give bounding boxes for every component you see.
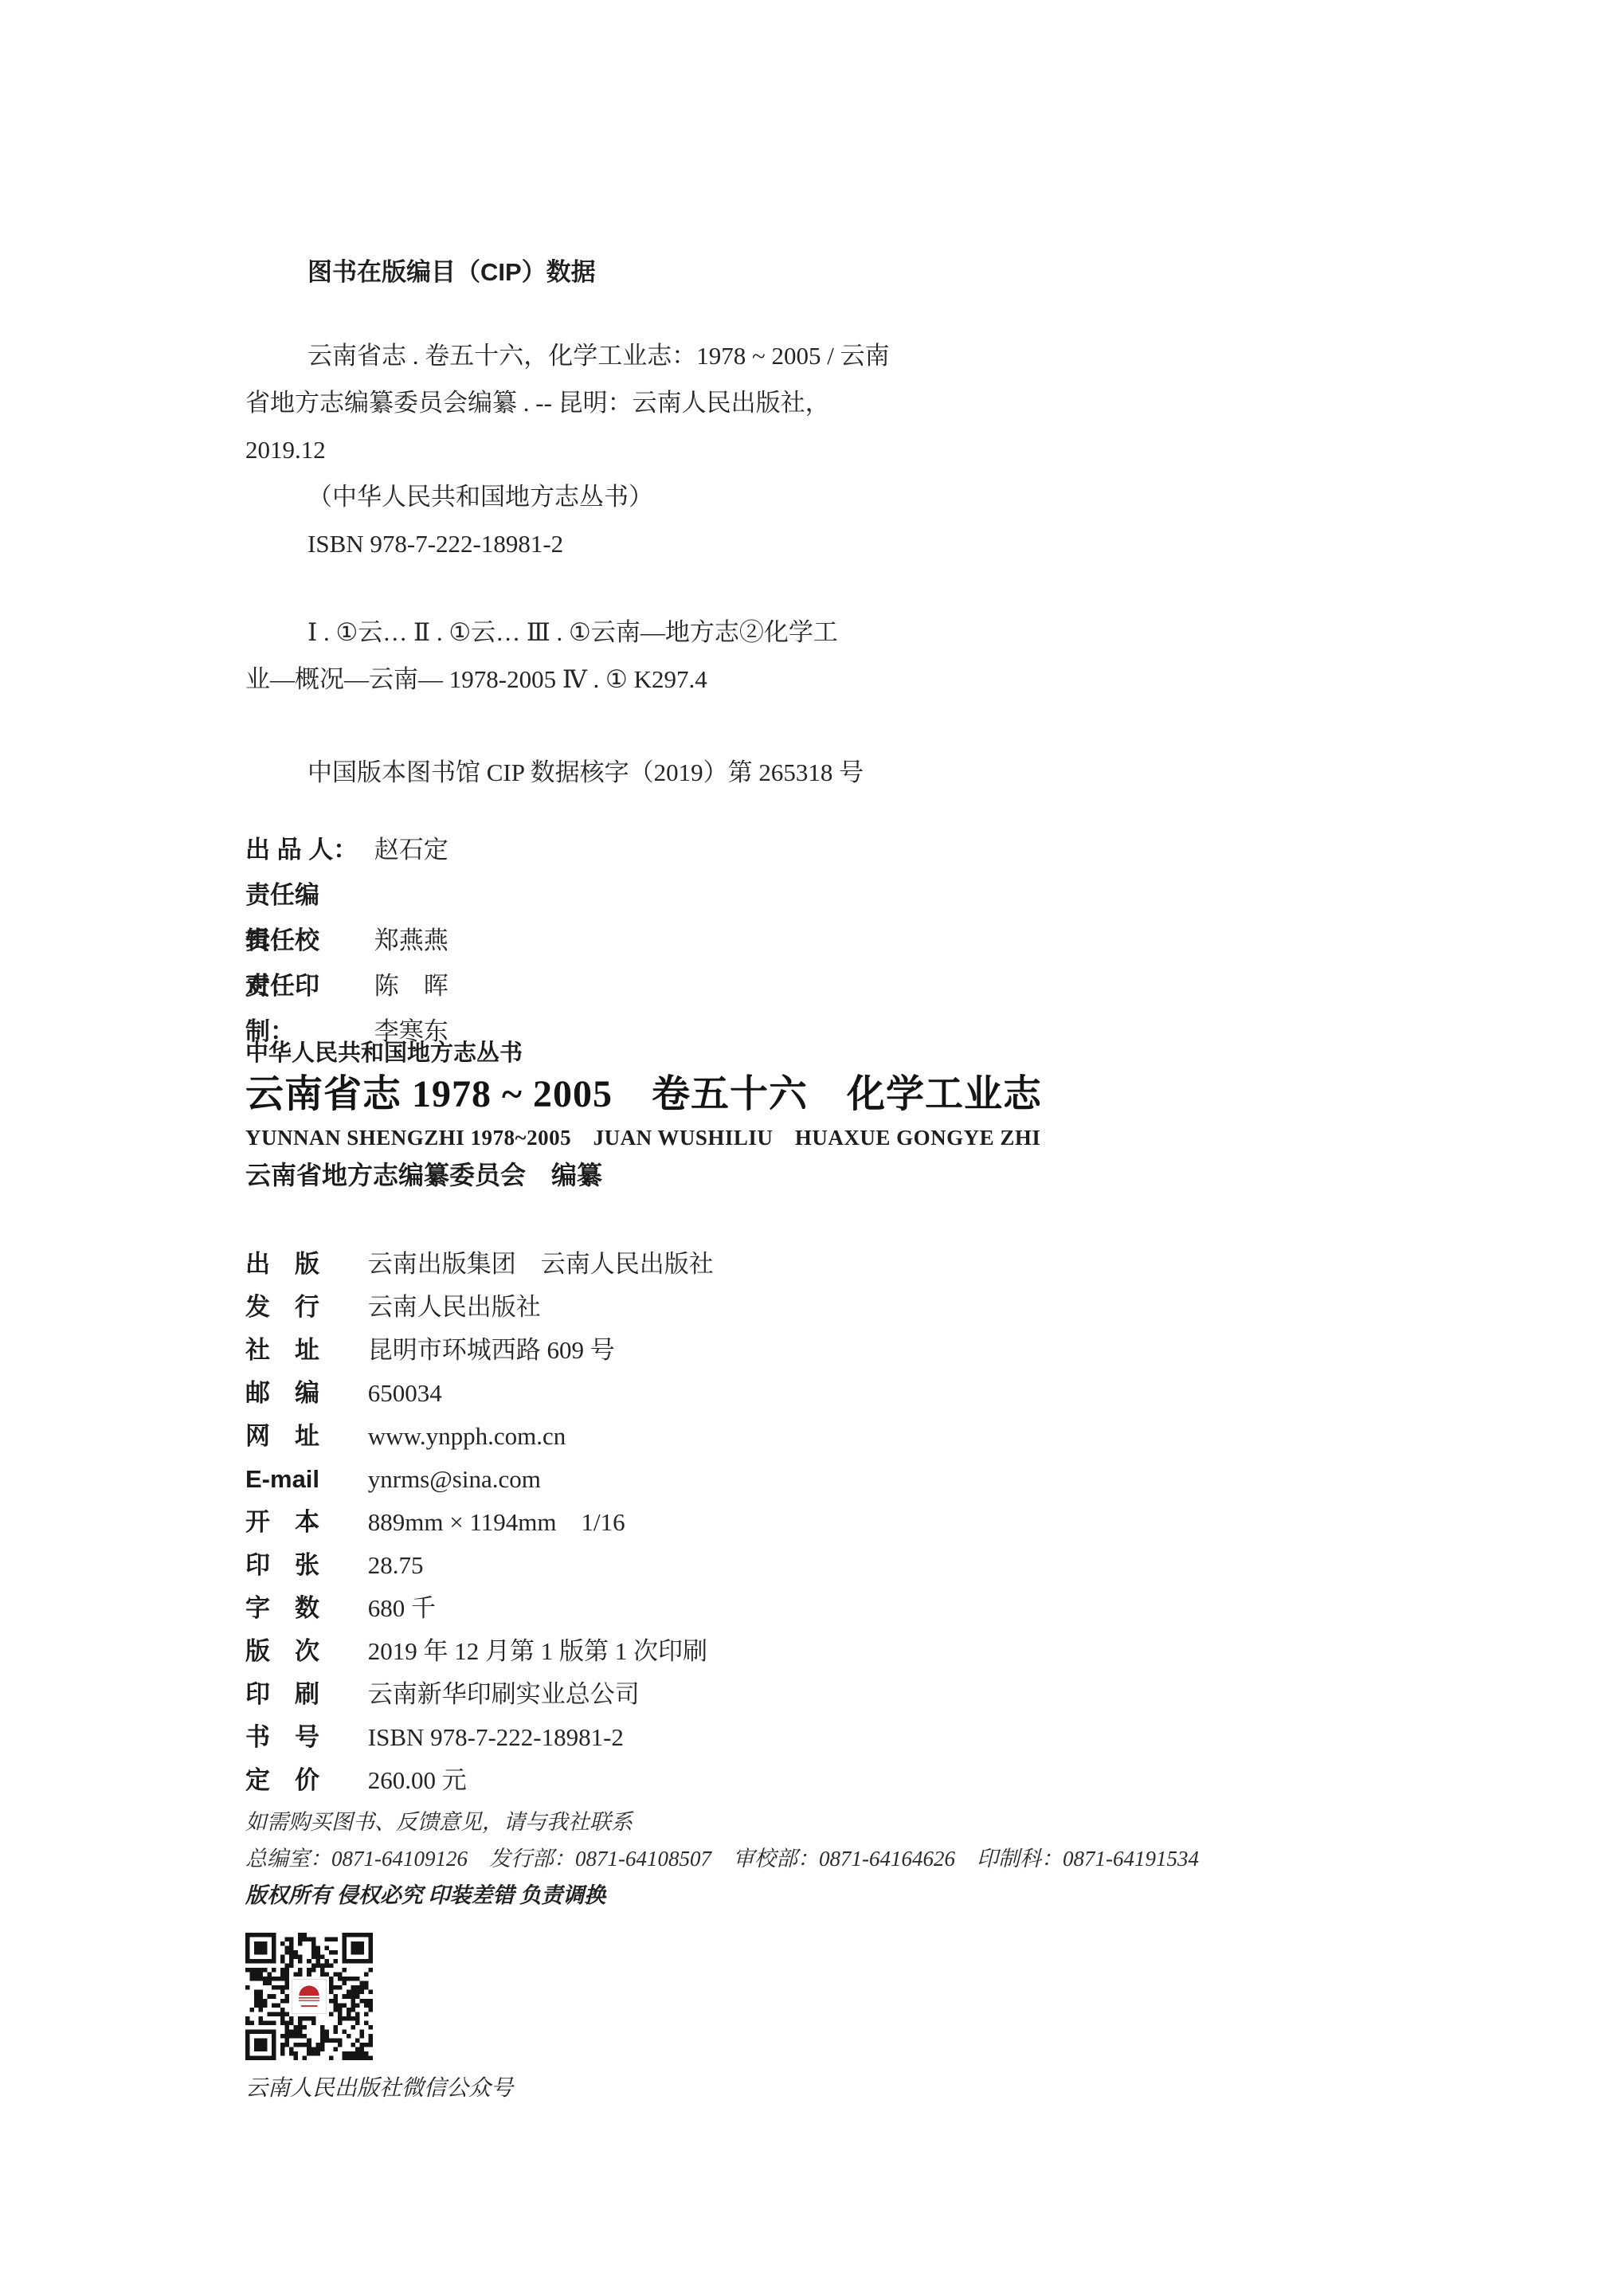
- purchase-notice: 如需购买图书、反馈意见，请与我社联系: [245, 1804, 1526, 1840]
- pub-row-postcode: 邮 编 650034: [245, 1372, 1526, 1415]
- contact-block: 如需购买图书、反馈意见，请与我社联系 总编室：0871-64109126 发行部…: [245, 1804, 1526, 1914]
- cip-record-number: 中国版本图书馆 CIP 数据核字（2019）第 265318 号: [245, 749, 1526, 796]
- cip-entry-line2: 省地方志编纂委员会编纂 . -- 昆明：云南人民出版社，: [245, 379, 1526, 426]
- cip-class-line1: Ⅰ . ①云… Ⅱ . ①云… Ⅲ . ①云南—地方志②化学工: [245, 609, 1526, 656]
- contact-phones: 总编室：0871-64109126 发行部：0871-64108507 审校部：…: [245, 1840, 1526, 1877]
- publication-info: 出 版 云南出版集团 云南人民出版社 发 行 云南人民出版社 社 址 昆明市环城…: [245, 1243, 1526, 1802]
- qr-section: 云南人民出版社微信公众号: [245, 1933, 1526, 2105]
- cip-classification: Ⅰ . ①云… Ⅱ . ①云… Ⅲ . ①云南—地方志②化学工 业—概况—云南—…: [245, 609, 1526, 703]
- cip-class-line2: 业—概况—云南— 1978-2005 Ⅳ . ① K297.4: [245, 656, 1526, 703]
- qr-caption: 云南人民出版社微信公众号: [245, 2073, 1526, 2105]
- copyright-page: 图书在版编目（CIP）数据 云南省志 . 卷五十六，化学工业志：1978 ~ 2…: [0, 0, 1606, 2296]
- pub-value: 28.75: [368, 1551, 424, 1579]
- staff-row-print-supervisor: 责任印制： 李寒东: [245, 963, 1526, 1009]
- pub-row-email: E-mail ynrms@sina.com: [245, 1458, 1526, 1501]
- staff-row-proofreader: 责任校对： 陈 晖: [245, 918, 1526, 963]
- pub-row-wordcount: 字 数 680 千: [245, 1587, 1526, 1630]
- pub-row-website: 网 址 www.ynpph.com.cn: [245, 1415, 1526, 1458]
- qr-code: [245, 1933, 373, 2060]
- pub-label: 发 行: [245, 1286, 339, 1329]
- book-title-pinyin: YUNNAN SHENGZHI 1978~2005 JUAN WUSHILIU …: [245, 1122, 1526, 1154]
- pub-label: 邮 编: [245, 1372, 339, 1415]
- pub-value: 2019 年 12 月第 1 版第 1 次印刷: [368, 1637, 707, 1665]
- pub-row-format: 开 本 889mm × 1194mm 1/16: [245, 1501, 1526, 1544]
- copyright-notice: 版权所有 侵权必究 印装差错 负责调换: [245, 1877, 1526, 1914]
- pub-label: 定 价: [245, 1759, 339, 1802]
- cip-entry: 云南省志 . 卷五十六，化学工业志：1978 ~ 2005 / 云南 省地方志编…: [245, 332, 1526, 567]
- staff-row-editor: 责任编辑： 郑燕燕: [245, 872, 1526, 918]
- pub-label: 网 址: [245, 1415, 339, 1458]
- staff-value: 赵石定: [374, 836, 449, 864]
- pub-value: 260.00 元: [368, 1766, 467, 1794]
- pub-value: ISBN 978-7-222-18981-2: [368, 1723, 624, 1751]
- pub-row-publisher: 出 版 云南出版集团 云南人民出版社: [245, 1243, 1526, 1286]
- pub-value: 云南人民出版社: [368, 1293, 541, 1321]
- pub-label: 印 张: [245, 1544, 339, 1587]
- cip-entry-line1: 云南省志 . 卷五十六，化学工业志：1978 ~ 2005 / 云南: [245, 332, 1526, 379]
- pub-label: E-mail: [245, 1458, 339, 1501]
- pub-value: 昆明市环城西路 609 号: [368, 1336, 615, 1364]
- pub-value: 889mm × 1194mm 1/16: [368, 1508, 625, 1536]
- page-content: 图书在版编目（CIP）数据 云南省志 . 卷五十六，化学工业志：1978 ~ 2…: [0, 0, 1606, 2105]
- pub-row-isbn: 书 号 ISBN 978-7-222-18981-2: [245, 1716, 1526, 1759]
- pub-row-address: 社 址 昆明市环城西路 609 号: [245, 1329, 1526, 1372]
- cip-isbn: ISBN 978-7-222-18981-2: [245, 520, 1526, 567]
- pub-row-sheets: 印 张 28.75: [245, 1544, 1526, 1587]
- pub-label: 书 号: [245, 1716, 339, 1759]
- book-title: 云南省志 1978 ~ 2005 卷五十六 化学工业志: [245, 1069, 1526, 1120]
- pub-row-edition: 版 次 2019 年 12 月第 1 版第 1 次印刷: [245, 1630, 1526, 1673]
- pub-value: www.ynpph.com.cn: [368, 1422, 566, 1450]
- staff-label: 出 品 人：: [245, 827, 365, 872]
- pub-label: 开 本: [245, 1501, 339, 1544]
- compiler-line: 云南省地方志编纂委员会 编纂: [245, 1157, 1526, 1193]
- pub-row-printer: 印 刷 云南新华印刷实业总公司: [245, 1673, 1526, 1716]
- publisher-logo: [292, 1979, 326, 2013]
- series-name: 中华人民共和国地方志丛书: [245, 1037, 1526, 1069]
- pub-label: 印 刷: [245, 1673, 339, 1716]
- pub-value: 650034: [368, 1379, 442, 1407]
- pub-label: 社 址: [245, 1329, 339, 1372]
- pub-row-price: 定 价 260.00 元: [245, 1759, 1526, 1802]
- cip-entry-line3: 2019.12: [245, 426, 1526, 473]
- pub-label: 版 次: [245, 1630, 339, 1673]
- pub-label: 出 版: [245, 1243, 339, 1286]
- pub-value: 云南新华印刷实业总公司: [368, 1680, 640, 1708]
- cip-series-note: （中华人民共和国地方志丛书）: [245, 473, 1526, 520]
- pub-value: 云南出版集团 云南人民出版社: [368, 1250, 714, 1278]
- pub-label: 字 数: [245, 1587, 339, 1630]
- pub-value: ynrms@sina.com: [368, 1465, 541, 1493]
- cip-header: 图书在版编目（CIP）数据: [245, 249, 1526, 296]
- pub-row-distributor: 发 行 云南人民出版社: [245, 1286, 1526, 1329]
- staff-row-producer: 出 品 人： 赵石定: [245, 827, 1526, 872]
- staff-credits: 出 品 人： 赵石定 责任编辑： 郑燕燕 责任校对： 陈 晖 责任印制： 李寒东: [245, 827, 1526, 1009]
- pub-value: 680 千: [368, 1594, 436, 1622]
